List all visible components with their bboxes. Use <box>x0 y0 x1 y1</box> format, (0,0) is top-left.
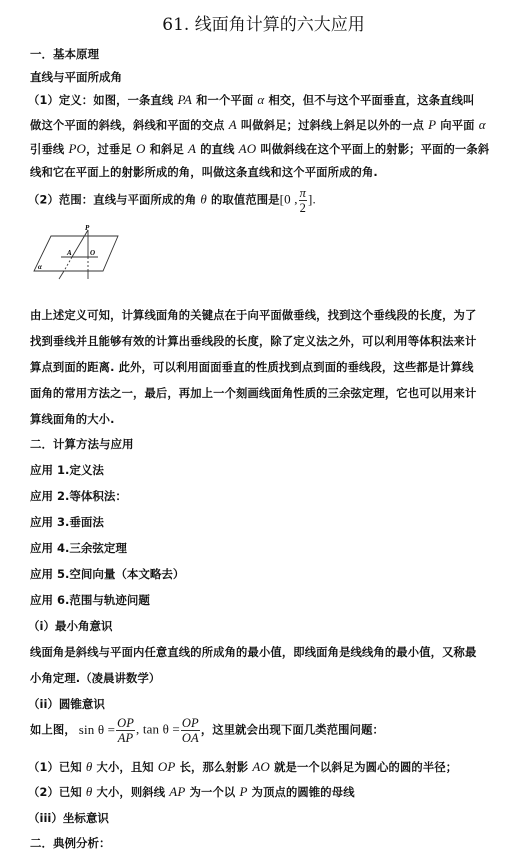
application-3: 应用 3.垂面法 <box>30 514 104 530</box>
numerator: π <box>299 186 307 201</box>
text: 和一个平面 <box>192 94 257 107</box>
cone-item-1: （1）已知 θ 大小，且知 OP 长，那么射影 AO 就是一个以斜足为圆心的圆的… <box>28 759 457 775</box>
formula-line: 如上图，sin θ =OPAP, tan θ =OPOA，这里就会出现下面几类范… <box>30 716 384 745</box>
math-bracket: ]. <box>308 192 316 207</box>
text: 叫做斜足；过斜线上斜足以外的一点 <box>237 119 428 132</box>
cone-item-2: （2）已知 θ 大小，则斜线 AP 为一个以 P 为顶点的圆锥的母线 <box>28 784 355 800</box>
text: （2）范围：直线与平面所成的角 <box>28 194 200 207</box>
math-fraction-op-oa: OPOA <box>181 716 200 745</box>
math-alpha: α <box>479 117 486 132</box>
text: 的直线 <box>196 143 239 156</box>
subheading-line-plane-angle: 直线与平面所成角 <box>30 69 122 85</box>
paragraph-line-5: 算线面角的大小. <box>30 411 115 427</box>
sub-heading-cone: （ii）圆锥意识 <box>28 696 105 712</box>
math-PO: PO <box>68 141 86 156</box>
math-A: A <box>229 117 237 132</box>
text: （1）已知 <box>28 761 86 774</box>
text: ，过垂足 <box>86 143 136 156</box>
math-AO: AO <box>252 759 270 774</box>
text: 叫做斜线在这个平面上的射影；平面的一条斜 <box>256 143 489 156</box>
section-heading-methods: 二．计算方法与应用 <box>30 436 134 452</box>
text: 为一个以 <box>185 786 239 799</box>
text: 和斜足 <box>146 143 189 156</box>
text: 引垂线 <box>30 143 68 156</box>
text: ，这里就会出现下面几类范围问题： <box>201 724 384 737</box>
math-sin: sin θ = <box>79 722 115 737</box>
paragraph-line-3: 算点到面的距离. 此外，可以利用面面垂直的性质找到点到面的垂线段，这些都是计算线 <box>30 359 474 375</box>
label-alpha: α <box>38 263 42 271</box>
label-P: P <box>85 224 90 232</box>
text: 大小，则斜线 <box>92 786 169 799</box>
text: （2）已知 <box>28 786 86 799</box>
text: 相交，但不与这个平面垂直，这条直线叫 <box>264 94 474 107</box>
text: 为顶点的圆锥的母线 <box>248 786 355 799</box>
paragraph-line-1: 由上述定义可知，计算线面角的关键点在于向平面做垂线，找到这个垂线段的长度，为了 <box>30 307 476 323</box>
minimum-angle-line-1: 线面角是斜线与平面内任意直线的所成角的最小值，即线面角是线线角的最小值，又称最 <box>30 644 476 660</box>
denominator: 2 <box>299 201 307 215</box>
math-bracket: [0 , <box>280 192 298 207</box>
label-O: O <box>90 249 95 257</box>
range-line: （2）范围：直线与平面所成的角 θ 的取值范围是[0 ,π2]. <box>28 186 316 215</box>
text: 做这个平面的斜线，斜线和平面的交点 <box>30 119 229 132</box>
page-title: 61. 线面角计算的六大应用 <box>0 10 527 35</box>
definition-line-3: 引垂线 PO，过垂足 O 和斜足 A 的直线 AO 叫做斜线在这个平面上的射影；… <box>30 141 489 157</box>
section-heading-basic-principles: 一．基本原理 <box>30 46 99 62</box>
math-AO: AO <box>239 141 257 156</box>
text: 向平面 <box>436 119 479 132</box>
sin-label: sin θ = <box>79 722 115 737</box>
definition-line-4: 线和它在平面上的射影所成的角，叫做这条直线和这个平面所成的角. <box>30 164 378 180</box>
text: （1）定义：如图，一条直线 <box>28 94 177 107</box>
text: 的取值范围是 <box>207 194 280 207</box>
section-heading-examples: 二．典例分析： <box>30 835 111 851</box>
application-1: 应用 1.定义法 <box>30 462 104 478</box>
numerator: OP <box>116 716 135 731</box>
geometry-diagram: P A O α <box>28 224 128 294</box>
numerator: OP <box>181 716 200 731</box>
math-AP: AP <box>169 784 185 799</box>
definition-line-2: 做这个平面的斜线，斜线和平面的交点 A 叫做斜足；过斜线上斜足以外的一点 P 向… <box>30 117 486 133</box>
math-fraction-op-ap: OPAP <box>116 716 135 745</box>
text: 大小，且知 <box>92 761 157 774</box>
text: 就是一个以斜足为圆心的圆的半径； <box>270 761 457 774</box>
denominator: OA <box>181 731 200 745</box>
denominator: AP <box>116 731 135 745</box>
sub-heading-minimum-angle: （i）最小角意识 <box>28 618 112 634</box>
sub-heading-coordinates: （iii）坐标意识 <box>28 810 109 826</box>
paragraph-line-2: 找到垂线并且能够有效的计算出垂线段的长度，除了定义法之外，可以利用等体积法来计 <box>30 333 476 349</box>
application-4: 应用 4.三余弦定理 <box>30 540 127 556</box>
math-P: P <box>428 117 436 132</box>
application-6: 应用 6.范围与轨迹问题 <box>30 592 150 608</box>
application-2: 应用 2.等体积法： <box>30 488 127 504</box>
math-PA: PA <box>177 92 192 107</box>
math-fraction-pi-over-2: π2 <box>299 186 307 215</box>
application-5: 应用 5.空间向量（本文略去） <box>30 566 184 582</box>
math-tan: , tan θ = <box>136 722 180 737</box>
label-A: A <box>66 249 72 257</box>
line-plane-angle-figure: P A O α <box>28 224 128 298</box>
math-O: O <box>136 141 146 156</box>
definition-line-1: （1）定义：如图，一条直线 PA 和一个平面 α 相交，但不与这个平面垂直，这条… <box>28 92 475 108</box>
math-OP: OP <box>158 759 176 774</box>
paragraph-line-4: 面角的常用方法之一，最后，再加上一个刻画线面角性质的三余弦定理，它也可以用来计 <box>30 385 476 401</box>
text: 如上图， <box>30 724 76 737</box>
text: 长，那么射影 <box>175 761 252 774</box>
minimum-angle-line-2: 小角定理.（凌晨讲数学） <box>30 670 160 686</box>
math-A: A <box>188 141 196 156</box>
math-P: P <box>239 784 247 799</box>
